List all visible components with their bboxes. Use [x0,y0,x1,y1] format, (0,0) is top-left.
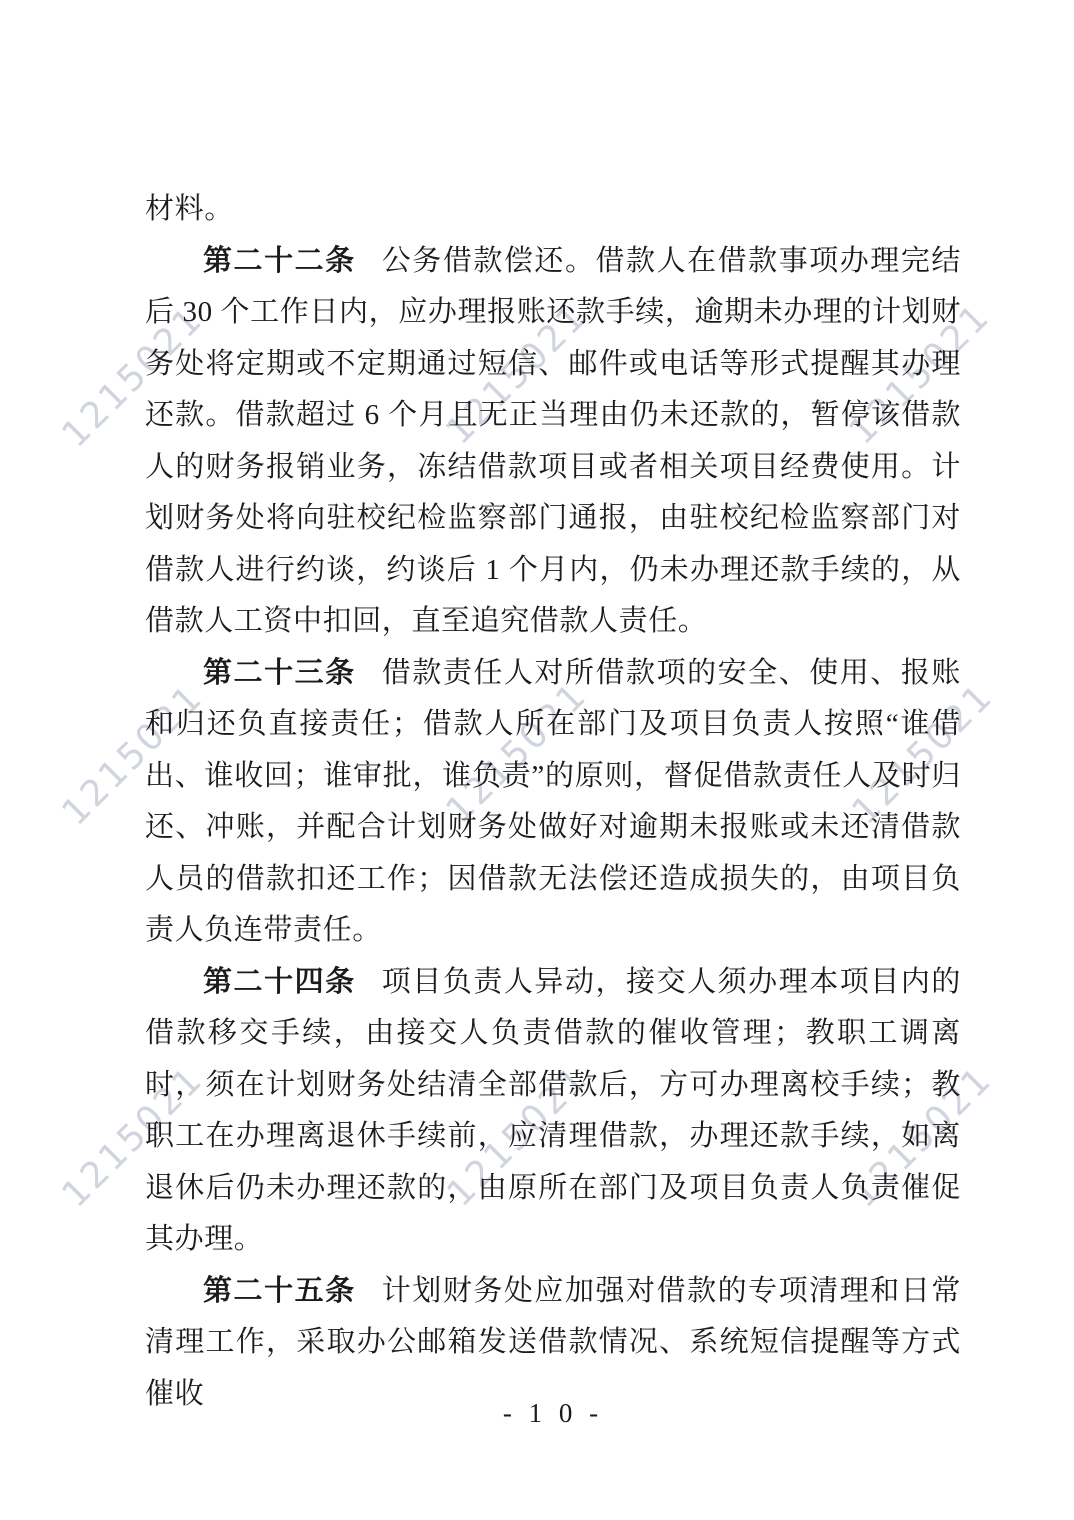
document-page: 1215021 1215021 1215021 1215021 1215021 … [0,0,1074,1520]
article-22-heading: 第二十二条 [203,245,356,277]
article-22-body: 公务借款偿还。借款人在借款事项办理完结后 30 个工作日内，应办理报账还款手续，… [145,245,961,638]
paragraph-article-25: 第二十五条计划财务处应加强对借款的专项清理和日常清理工作，采取办公邮箱发送借款情… [145,1266,961,1421]
article-23-body: 借款责任人对所借款项的安全、使用、报账和归还负直接责任；借款人所在部门及项目负责… [145,657,961,947]
page-footer: - 1 0 - [145,1398,961,1429]
page-number: - 1 0 - [503,1398,603,1428]
paragraph-article-23: 第二十三条借款责任人对所借款项的安全、使用、报账和归还负直接责任；借款人所在部门… [145,648,961,957]
paragraph-continuation: 材料。 [145,184,961,236]
paragraph-article-22: 第二十二条公务借款偿还。借款人在借款事项办理完结后 30 个工作日内，应办理报账… [145,236,961,648]
article-24-heading: 第二十四条 [203,966,356,998]
paragraph-continuation-text: 材料。 [145,193,234,225]
paragraph-article-24: 第二十四条项目负责人异动，接交人须办理本项目内的借款移交手续，由接交人负责借款的… [145,957,961,1266]
document-body: 材料。 第二十二条公务借款偿还。借款人在借款事项办理完结后 30 个工作日内，应… [145,184,961,1420]
article-23-heading: 第二十三条 [203,657,356,689]
article-24-body: 项目负责人异动，接交人须办理本项目内的借款移交手续，由接交人负责借款的催收管理；… [145,966,961,1256]
article-25-heading: 第二十五条 [203,1275,356,1307]
